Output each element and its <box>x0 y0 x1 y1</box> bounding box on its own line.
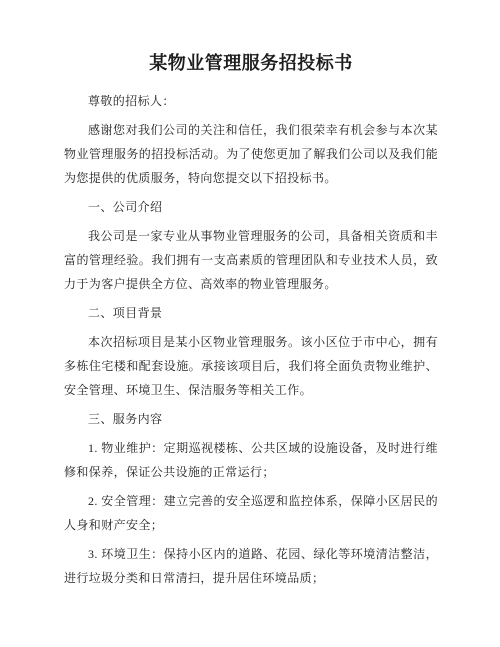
service-item-property-maintenance: 1. 物业维护：定期巡视楼栋、公共区域的设施设备，及时进行维修和保养，保证公共设… <box>64 436 438 484</box>
section-heading-company-intro: 一、公司介绍 <box>64 195 438 219</box>
section-paragraph-company-intro: 我公司是一家专业从事物业管理服务的公司，具备相关资质和丰富的管理经验。我们拥有一… <box>64 224 438 296</box>
service-item-security-management: 2. 安全管理：建立完善的安全巡逻和监控体系，保障小区居民的人身和财产安全； <box>64 489 438 537</box>
intro-paragraph: 感谢您对我们公司的关注和信任，我们很荣幸有机会参与本次某物业管理服务的招投标活动… <box>64 118 438 190</box>
document-title: 某物业管理服务招投标书 <box>64 50 438 76</box>
salutation: 尊敬的招标人： <box>64 89 438 113</box>
section-heading-service-content: 三、服务内容 <box>64 407 438 431</box>
section-heading-project-background: 二、项目背景 <box>64 301 438 325</box>
service-item-environmental-sanitation: 3. 环境卫生：保持小区内的道路、花园、绿化等环境清洁整洁，进行垃圾分类和日常清… <box>64 542 438 590</box>
document-page: 某物业管理服务招投标书 尊敬的招标人： 感谢您对我们公司的关注和信任，我们很荣幸… <box>0 0 500 647</box>
section-paragraph-project-background: 本次招标项目是某小区物业管理服务。该小区位于市中心，拥有多栋住宅楼和配套设施。承… <box>64 330 438 402</box>
